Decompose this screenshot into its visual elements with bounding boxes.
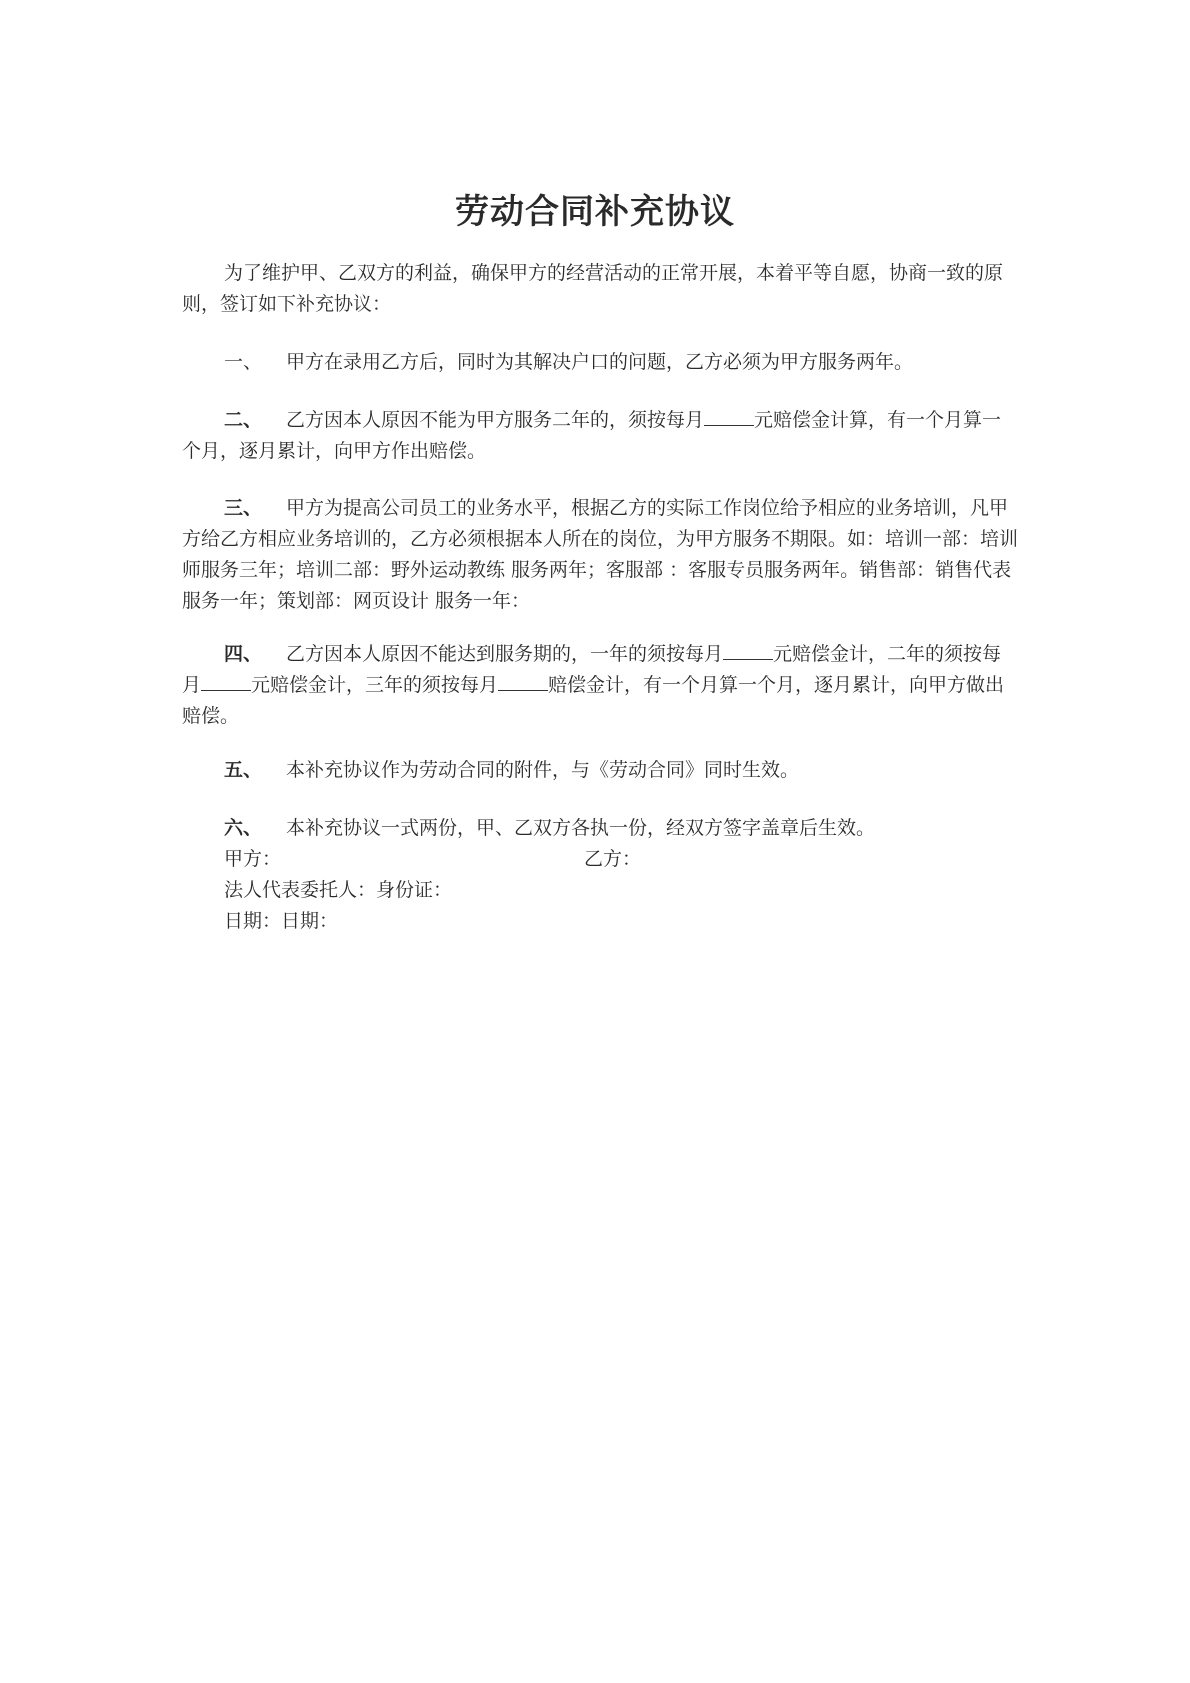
signature-block: 甲方： 乙方： 法人代表委托人：身份证： 日期：日期： bbox=[182, 844, 1020, 937]
clause-number: 一、 bbox=[224, 347, 286, 378]
clause-5: 五、本补充协议作为劳动合同的附件，与《劳动合同》同时生效。 bbox=[182, 755, 1020, 786]
amount-blank bbox=[498, 672, 548, 691]
clause-1: 一、甲方在录用乙方后，同时为其解决户口的问题，乙方必须为甲方服务两年。 bbox=[182, 347, 1020, 378]
clause-number: 二、 bbox=[224, 405, 286, 436]
clause-text: 本补充协议作为劳动合同的附件，与《劳动合同》同时生效。 bbox=[286, 759, 799, 781]
amount-blank bbox=[704, 407, 754, 426]
clause-text: 本补充协议一式两份，甲、乙双方各执一份，经双方签字盖章后生效。 bbox=[286, 817, 875, 839]
clause-text: 乙方因本人原因不能达到服务期的，一年的须按每月 bbox=[286, 643, 723, 665]
date-labels: 日期：日期： bbox=[224, 906, 1020, 937]
amount-blank bbox=[201, 672, 251, 691]
document-page: 劳动合同补充协议 为了维护甲、乙双方的利益，确保甲方的经营活动的正常开展，本着平… bbox=[0, 0, 1190, 1683]
intro-text: 为了维护甲、乙双方的利益，确保甲方的经营活动的正常开展，本着平等自愿，协商一致的… bbox=[182, 258, 1020, 320]
representative-label: 法人代表委托人：身份证： bbox=[224, 875, 1020, 906]
clause-4: 四、乙方因本人原因不能达到服务期的，一年的须按每月元赔偿金计，二年的须按每月元赔… bbox=[182, 639, 1020, 732]
party-a-label: 甲方： bbox=[224, 844, 584, 875]
clause-text: 乙方因本人原因不能为甲方服务二年的，须按每月 bbox=[286, 409, 704, 431]
clause-2: 二、乙方因本人原因不能为甲方服务二年的，须按每月元赔偿金计算，有一个月算一个月，… bbox=[182, 405, 1020, 467]
party-b-label: 乙方： bbox=[584, 844, 641, 875]
amount-blank bbox=[723, 641, 773, 660]
clause-6: 六、本补充协议一式两份，甲、乙双方各执一份，经双方签字盖章后生效。 甲方： 乙方… bbox=[182, 813, 1020, 937]
clause-text: 元赔偿金计，三年的须按每月 bbox=[251, 674, 498, 696]
clause-number: 四、 bbox=[224, 639, 286, 670]
document-title: 劳动合同补充协议 bbox=[0, 190, 1190, 234]
clause-number: 六、 bbox=[224, 813, 286, 844]
clause-3: 三、甲方为提高公司员工的业务水平，根据乙方的实际工作岗位给予相应的业务培训，凡甲… bbox=[182, 493, 1020, 617]
clause-number: 五、 bbox=[224, 755, 286, 786]
clause-number: 三、 bbox=[224, 493, 286, 524]
clause-text: 甲方在录用乙方后，同时为其解决户口的问题，乙方必须为甲方服务两年。 bbox=[286, 351, 913, 373]
intro-paragraph: 为了维护甲、乙双方的利益，确保甲方的经营活动的正常开展，本着平等自愿，协商一致的… bbox=[182, 258, 1020, 320]
clause-text: 甲方为提高公司员工的业务水平，根据乙方的实际工作岗位给予相应的业务培训，凡甲方给… bbox=[182, 497, 1018, 612]
